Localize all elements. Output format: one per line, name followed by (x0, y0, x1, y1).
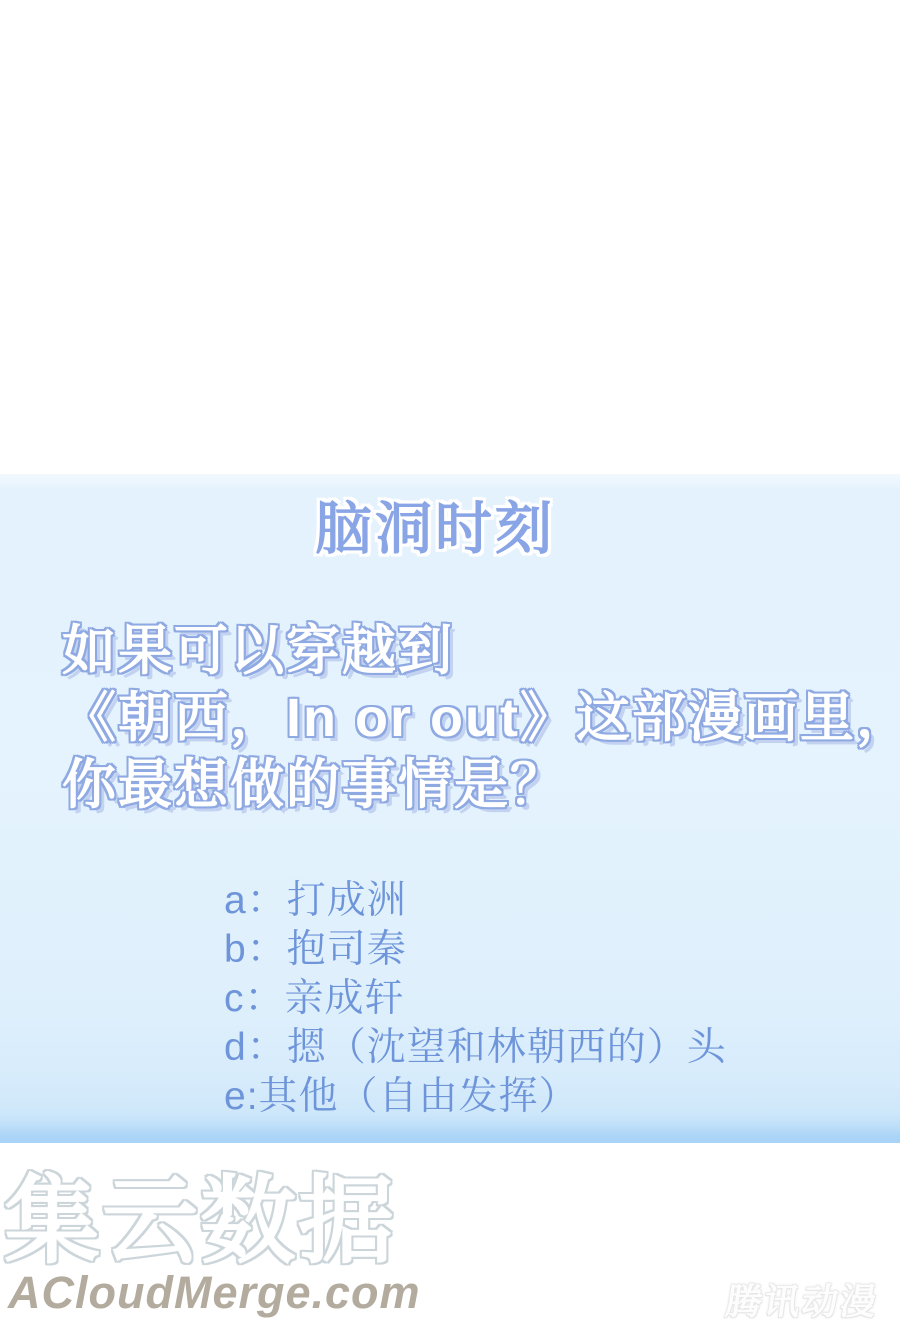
question-line-1: 如果可以穿越到 (62, 618, 892, 685)
publisher-logo: 腾讯动漫 (723, 1282, 881, 1322)
option-d: d：摁（沈望和林朝西的）头 (224, 1023, 727, 1072)
panel-title: 脑洞时刻 (0, 498, 900, 560)
options-list: a：打成洲 b：抱司秦 c：亲成轩 d：摁（沈望和林朝西的）头 e:其他（自由发… (224, 876, 727, 1121)
option-e: e:其他（自由发挥） (224, 1072, 727, 1121)
option-a: a：打成洲 (224, 876, 727, 925)
question-line-3: 你最想做的事情是？ (62, 752, 892, 819)
watermark-name: 集云数据 (4, 1172, 396, 1272)
brainstorm-panel: 脑洞时刻 如果可以穿越到 《朝西，In or out》这部漫画里， 你最想做的事… (0, 474, 900, 1143)
option-c: c：亲成轩 (224, 974, 727, 1023)
watermark-site: ACloudMerge.com (8, 1268, 421, 1318)
option-b: b：抱司秦 (224, 925, 727, 974)
question-block: 如果可以穿越到 《朝西，In or out》这部漫画里， 你最想做的事情是？ (62, 618, 892, 819)
comic-page: 脑洞时刻 如果可以穿越到 《朝西，In or out》这部漫画里， 你最想做的事… (0, 0, 900, 1328)
question-line-2: 《朝西，In or out》这部漫画里， (62, 685, 892, 752)
